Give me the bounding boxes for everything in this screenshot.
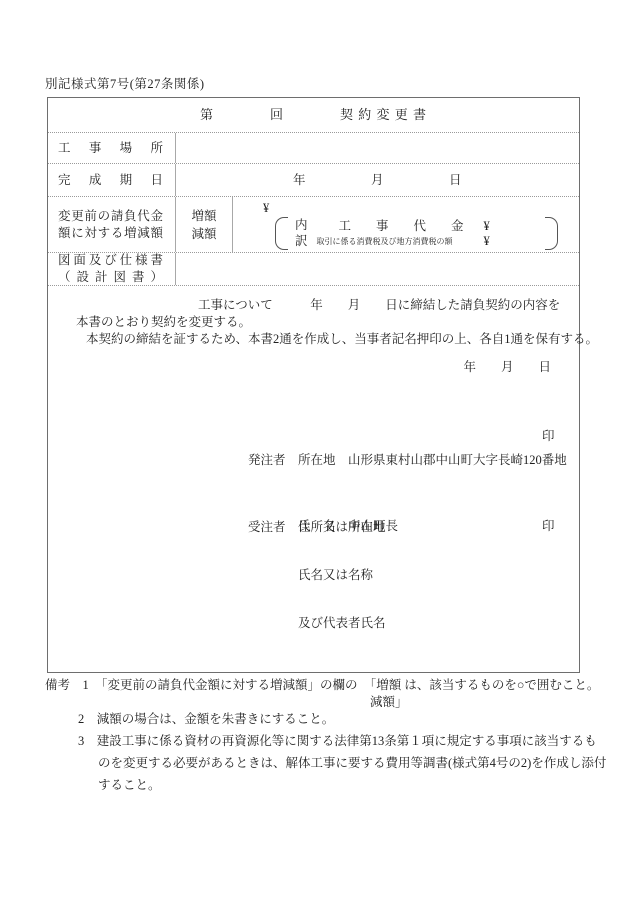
work-site-label: 工事場所 [58, 140, 163, 157]
contract-statement-line3: 本契約の締結を証するため、本書2通を作成し、当事者記名押印の上、各自1通を保有す… [86, 331, 579, 348]
remark-2: 2 減額の場合は、金額を朱書きにすること。 [78, 711, 334, 728]
breakdown-header: 内 訳 [288, 217, 312, 250]
increase-option: 増額 [191, 207, 216, 225]
remark-3-line1: 3 建設工事に係る資材の再資源化等に関する法律第13条第１項に規定する事項に該当… [78, 733, 597, 750]
contractor-name-line: 氏名又は名称 [248, 567, 386, 583]
breakdown-header-char2: 訳 [295, 234, 308, 249]
contract-statement-line1: 工事について 年 月 日に締結した請負契約の内容を [198, 297, 579, 314]
amount-change-row: 変更前の請負代金 額に対する増減額 増額 減額 ¥ 内 訳 工 事 代 金 [48, 196, 579, 252]
contractor-seal-mark: 印 [542, 518, 555, 535]
breakdown-lines: 工 事 代 金 ¥ 取引に係る消費税及び地方消費税の額 ¥ [312, 217, 545, 250]
contract-change-table: 第 回 契 約 変 更 書 工事場所 完成期日 年 月 日 変更前の請負代金 額… [47, 97, 580, 673]
amount-change-label-line1: 変更前の請負代金 [58, 208, 163, 225]
issuer-address-line: 発注者 所在地 山形県東村山郡中山町大字長崎120番地 [248, 449, 567, 471]
drawings-value-field [176, 253, 579, 285]
drawings-row: 図面及び仕様書 （設計図書） [48, 252, 579, 285]
decrease-option: 減額 [191, 225, 216, 243]
drawings-label-cell: 図面及び仕様書 （設計図書） [48, 253, 176, 285]
drawings-label-line1: 図面及び仕様書 [58, 252, 163, 269]
amount-value-cell: ¥ 内 訳 工 事 代 金 ¥ 取引に係る消費税及び地方消費税の額 ¥ [233, 197, 579, 252]
work-site-row: 工事場所 [48, 132, 579, 163]
contractor-block: 受注者 住所又は所在地 氏名又は名称 及び代表者氏名 [248, 487, 386, 663]
consumption-tax-label: 取引に係る消費税及び地方消費税の額 [317, 237, 453, 248]
issuer-seal-mark: 印 [542, 428, 555, 445]
yen-sign-total: ¥ [263, 200, 269, 217]
breakdown-header-char1: 内 [295, 218, 308, 233]
contract-statement-line2: 本書のとおり契約を変更する。 [76, 314, 579, 331]
contractor-representative-line: 及び代表者氏名 [248, 615, 386, 631]
breakdown-group: 内 訳 工 事 代 金 ¥ 取引に係る消費税及び地方消費税の額 ¥ [275, 217, 558, 250]
contract-statement: 工事について 年 月 日に締結した請負契約の内容を 本書のとおり契約を変更する。… [48, 297, 579, 348]
bracket-right [545, 217, 558, 250]
yen-sign-tax: ¥ [484, 233, 490, 250]
contractor-address-line: 受注者 住所又は所在地 [248, 519, 386, 535]
remark-3-line2: のを変更する必要があるときは、解体工事に要する費用等調書(様式第4号の2)を作成… [98, 755, 606, 772]
drawings-label-line2: （設計図書） [58, 269, 163, 286]
completion-date-row: 完成期日 年 月 日 [48, 163, 579, 196]
remark-1-line1: 備考 1 「変更前の請負代金額に対する増減額」の欄の 「増額 は、該当するものを… [45, 677, 599, 694]
signature-date-placeholders: 年 月 日 [463, 359, 551, 376]
completion-date-label-cell: 完成期日 [48, 164, 176, 196]
contract-body-cell: 工事について 年 月 日に締結した請負契約の内容を 本書のとおり契約を変更する。… [48, 285, 579, 672]
bracket-left [275, 217, 288, 250]
work-site-label-cell: 工事場所 [48, 133, 176, 163]
remark-3-line3: すること。 [98, 777, 161, 794]
amount-change-label-cell: 変更前の請負代金 額に対する増減額 [48, 197, 176, 252]
construction-cost-label: 工 事 代 金 [339, 218, 464, 235]
document-page: 別記様式第7号(第27条関係) 第 回 契 約 変 更 書 工事場所 完成期日 … [0, 0, 630, 903]
remark-1-line2: 減額」 [370, 694, 408, 711]
form-number: 別記様式第7号(第27条関係) [45, 76, 205, 93]
work-site-value-field [176, 133, 579, 163]
table-title-row: 第 回 契 約 変 更 書 [48, 98, 579, 132]
completion-date-label: 完成期日 [58, 172, 163, 189]
amount-change-label-line2: 額に対する増減額 [58, 225, 163, 242]
document-title: 第 回 契 約 変 更 書 [200, 106, 427, 124]
completion-date-value-field: 年 月 日 [176, 164, 579, 196]
increase-decrease-cell: 増額 減額 [176, 197, 233, 252]
completion-date-placeholders: 年 月 日 [176, 172, 579, 189]
